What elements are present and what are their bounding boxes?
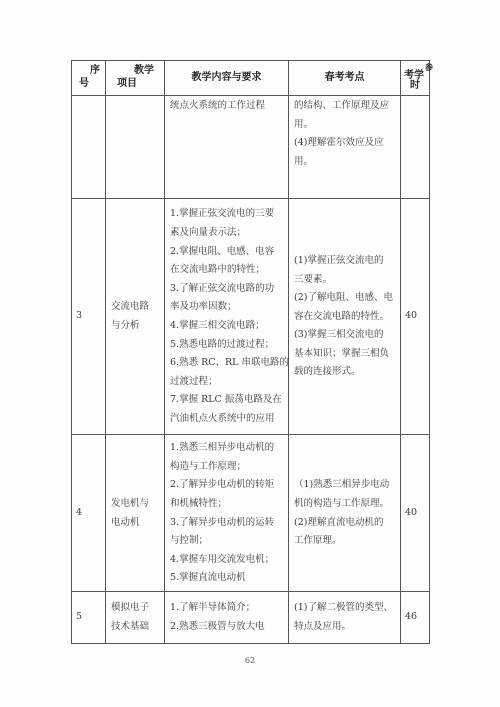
row-item: 发电机与 电动机 xyxy=(106,435,165,592)
header-no: 序 号 xyxy=(72,61,106,96)
row-item xyxy=(106,96,165,199)
row-no: 5 xyxy=(72,592,106,644)
row-content: 1.熟悉三相异步电动机的 构造与工作原理； 2.了解异步电动机的转矩 和机械特性… xyxy=(165,435,289,592)
row-no: 3 xyxy=(72,199,106,435)
row-item: 交流电路 与分析 xyxy=(106,199,165,435)
header-points: 春考考点 xyxy=(289,61,401,96)
row-hours xyxy=(401,96,430,199)
page-number: 62 xyxy=(0,656,500,665)
row-hours: 40 xyxy=(401,435,430,592)
row-hours: 40 xyxy=(401,199,430,435)
row-content: 1.掌握正弦交流电的三要 素及向量表示法； 2.掌握电阻、电感、电容 在交流电路… xyxy=(165,199,289,435)
document-page: 序 号 教学 项目 教学内容与要求 春考考点 参 考学 时 统点火系统的工作过程 xyxy=(0,0,500,707)
row-no: 4 xyxy=(72,435,106,592)
header-item: 教学 项目 xyxy=(106,61,165,96)
table-row: 5 模拟电子 技术基础 1.了解半导体简介； 2.熟悉三极管与放大电 (1)了解… xyxy=(72,592,430,644)
row-points: （1)熟悉三相异步电动 机的构造与工作原理。 (2)理解直流电动机的 工作原理。 xyxy=(289,435,401,592)
row-content: 统点火系统的工作过程 xyxy=(165,96,289,199)
row-points: 的结构、工作原理及应 用。 (4)理解霍尔效应及应 用。 xyxy=(289,96,401,199)
table-row: 统点火系统的工作过程 的结构、工作原理及应 用。 (4)理解霍尔效应及应 用。 xyxy=(72,96,430,199)
row-no xyxy=(72,96,106,199)
row-hours: 46 xyxy=(401,592,430,644)
row-points: (1)了解二极管的类型、 特点及应用。 xyxy=(289,592,401,644)
table-row: 3 交流电路 与分析 1.掌握正弦交流电的三要 素及向量表示法； 2.掌握电阻、… xyxy=(72,199,430,435)
row-item: 模拟电子 技术基础 xyxy=(106,592,165,644)
row-points: (1)掌握正弦交流电的 三要素。 (2)了解电阻、电感、电 容在交流电路的特性。… xyxy=(289,199,401,435)
table-row: 4 发电机与 电动机 1.熟悉三相异步电动机的 构造与工作原理； 2.了解异步电… xyxy=(72,435,430,592)
header-content: 教学内容与要求 xyxy=(165,61,289,96)
header-hours: 参 考学 时 xyxy=(401,61,430,96)
table-header-row: 序 号 教学 项目 教学内容与要求 春考考点 参 考学 时 xyxy=(72,61,430,96)
row-content: 1.了解半导体简介； 2.熟悉三极管与放大电 xyxy=(165,592,289,644)
curriculum-table: 序 号 教学 项目 教学内容与要求 春考考点 参 考学 时 统点火系统的工作过程 xyxy=(71,60,430,644)
